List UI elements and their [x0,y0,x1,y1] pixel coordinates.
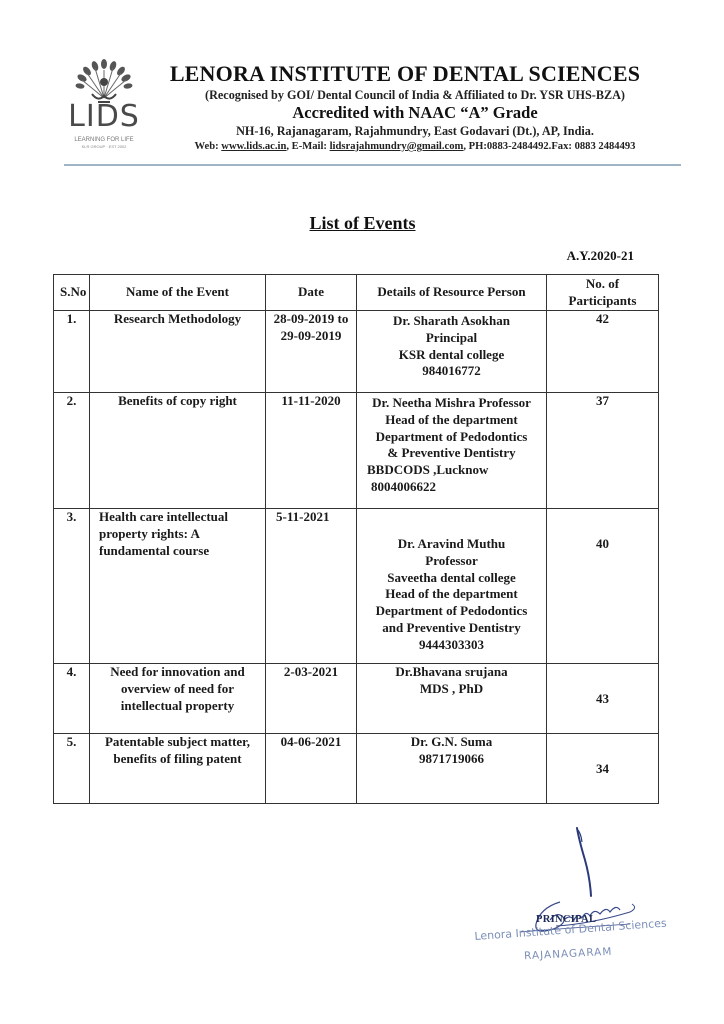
detail-line: 8004006622 [363,479,540,496]
email-link[interactable]: lidsrajahmundry@gmail.com [330,141,464,152]
date-line: 28-09-2019 to [272,311,350,328]
cell-resource-person: Dr. Sharath Asokhan Principal KSR dental… [357,311,547,393]
header-event-name: Name of the Event [90,275,266,311]
detail-line: Saveetha dental college [363,570,540,587]
cell-date: 04-06-2021 [266,734,357,804]
detail-line: & Preventive Dentistry [363,445,540,462]
cell-event-name: Need for innovation and overview of need… [90,664,266,734]
institute-logo: LIDS LEARNING FOR LIFE KLR GROUP · EST 2… [58,58,150,150]
detail-line: Head of the department [363,586,540,603]
academic-year: A.Y.2020-21 [520,248,634,264]
institute-contact: Web: www.lids.ac.in, E-Mail: lidsrajahmu… [150,141,680,152]
table-row: 1. Research Methodology 28-09-2019 to 29… [54,311,659,393]
detail-line: 9871719066 [363,751,540,768]
header-sno: S.No [54,275,90,311]
web-label: Web: [195,141,222,152]
cell-sno: 1. [54,311,90,393]
date-line: 04-06-2021 [272,734,350,751]
detail-line: Dr. Aravind Muthu [363,536,540,553]
name-line: property rights: A [99,526,259,543]
header-date: Date [266,275,357,311]
cell-date: 28-09-2019 to 29-09-2019 [266,311,357,393]
cell-participants: 43 [547,664,659,734]
events-table: S.No Name of the Event Date Details of R… [53,274,659,804]
institute-name: LENORA INSTITUTE OF DENTAL SCIENCES [140,61,670,87]
detail-line: Dr. G.N. Suma [363,734,540,751]
detail-line: and Preventive Dentistry [363,620,540,637]
document-title: List of Events [280,213,445,234]
institute-accreditation: Accredited with NAAC “A” Grade [150,103,680,123]
cell-sno: 4. [54,664,90,734]
cell-event-name: Patentable subject matter, benefits of f… [90,734,266,804]
cell-resource-person: Dr. Aravind Muthu Professor Saveetha den… [357,509,547,664]
detail-line: Head of the department [363,412,540,429]
phone-fax: , PH:0883-2484492.Fax: 0883 2484493 [463,141,635,152]
name-line: Need for innovation and [96,664,259,681]
table-row: 5. Patentable subject matter, benefits o… [54,734,659,804]
cell-participants: 34 [547,734,659,804]
email-label: , E-Mail: [286,141,329,152]
detail-line: BBDCODS ,Lucknow [363,462,540,479]
cell-resource-person: Dr. Neetha Mishra Professor Head of the … [357,393,547,509]
name-line: Patentable subject matter, [92,734,263,751]
logo-tagline: LEARNING FOR LIFE [58,137,150,144]
cell-date: 2-03-2021 [266,664,357,734]
detail-line: Professor [363,553,540,570]
detail-line: Department of Pedodontics [363,603,540,620]
name-line: Health care intellectual [99,509,259,526]
table-row: 4. Need for innovation and overview of n… [54,664,659,734]
letterhead: LIDS LEARNING FOR LIFE KLR GROUP · EST 2… [0,0,724,170]
cell-sno: 3. [54,509,90,664]
cell-event-name: Health care intellectual property rights… [90,509,266,664]
detail-line: Department of Pedodontics [363,429,540,446]
website-link[interactable]: www.lids.ac.in [221,141,286,152]
table-row: 3. Health care intellectual property rig… [54,509,659,664]
cell-participants: 42 [547,311,659,393]
header-divider [64,164,681,166]
logo-sub-tagline: KLR GROUP · EST 2002 [58,144,150,149]
detail-line: KSR dental college [363,347,540,364]
date-line: 29-09-2019 [272,328,350,345]
institute-address: NH-16, Rajanagaram, Rajahmundry, East Go… [150,124,680,139]
logo-wordmark: LIDS [58,102,150,132]
header-participants-line1: No. of [553,276,652,293]
detail-line: Dr. Sharath Asokhan [363,313,540,330]
header-resource-person: Details of Resource Person [357,275,547,311]
table-row: 2. Benefits of copy right 11-11-2020 Dr.… [54,393,659,509]
header-participants-line2: Participants [553,293,652,310]
peacock-emblem-icon [58,58,150,104]
cell-event-name: Research Methodology [90,311,266,393]
detail-line: Dr.Bhavana srujana [363,664,540,681]
name-line: benefits of filing patent [92,751,263,768]
cell-participants: 40 [547,509,659,664]
detail-line: MDS , PhD [363,681,540,698]
cell-date: 5-11-2021 [266,509,357,664]
date-line: 5-11-2021 [276,509,350,526]
cell-participants: 37 [547,393,659,509]
cell-resource-person: Dr. G.N. Suma 9871719066 [357,734,547,804]
cell-date: 11-11-2020 [266,393,357,509]
date-line: 2-03-2021 [272,664,350,681]
cell-event-name: Benefits of copy right [90,393,266,509]
table-header-row: S.No Name of the Event Date Details of R… [54,275,659,311]
name-line: overview of need for [96,681,259,698]
principal-signature-block: PRINCIPAL Lenora Institute of Dental Sci… [460,820,690,970]
cell-sno: 5. [54,734,90,804]
detail-line: Dr. Neetha Mishra Professor [363,395,540,412]
name-line: intellectual property [96,698,259,715]
institute-recognition: (Recognised by GOI/ Dental Council of In… [150,88,680,103]
cell-sno: 2. [54,393,90,509]
date-line: 11-11-2020 [272,393,350,410]
detail-line: 984016772 [363,363,540,380]
detail-line: 9444303303 [363,637,540,654]
header-participants: No. of Participants [547,275,659,311]
detail-line: Principal [363,330,540,347]
cell-resource-person: Dr.Bhavana srujana MDS , PhD [357,664,547,734]
name-line: fundamental course [99,543,259,560]
